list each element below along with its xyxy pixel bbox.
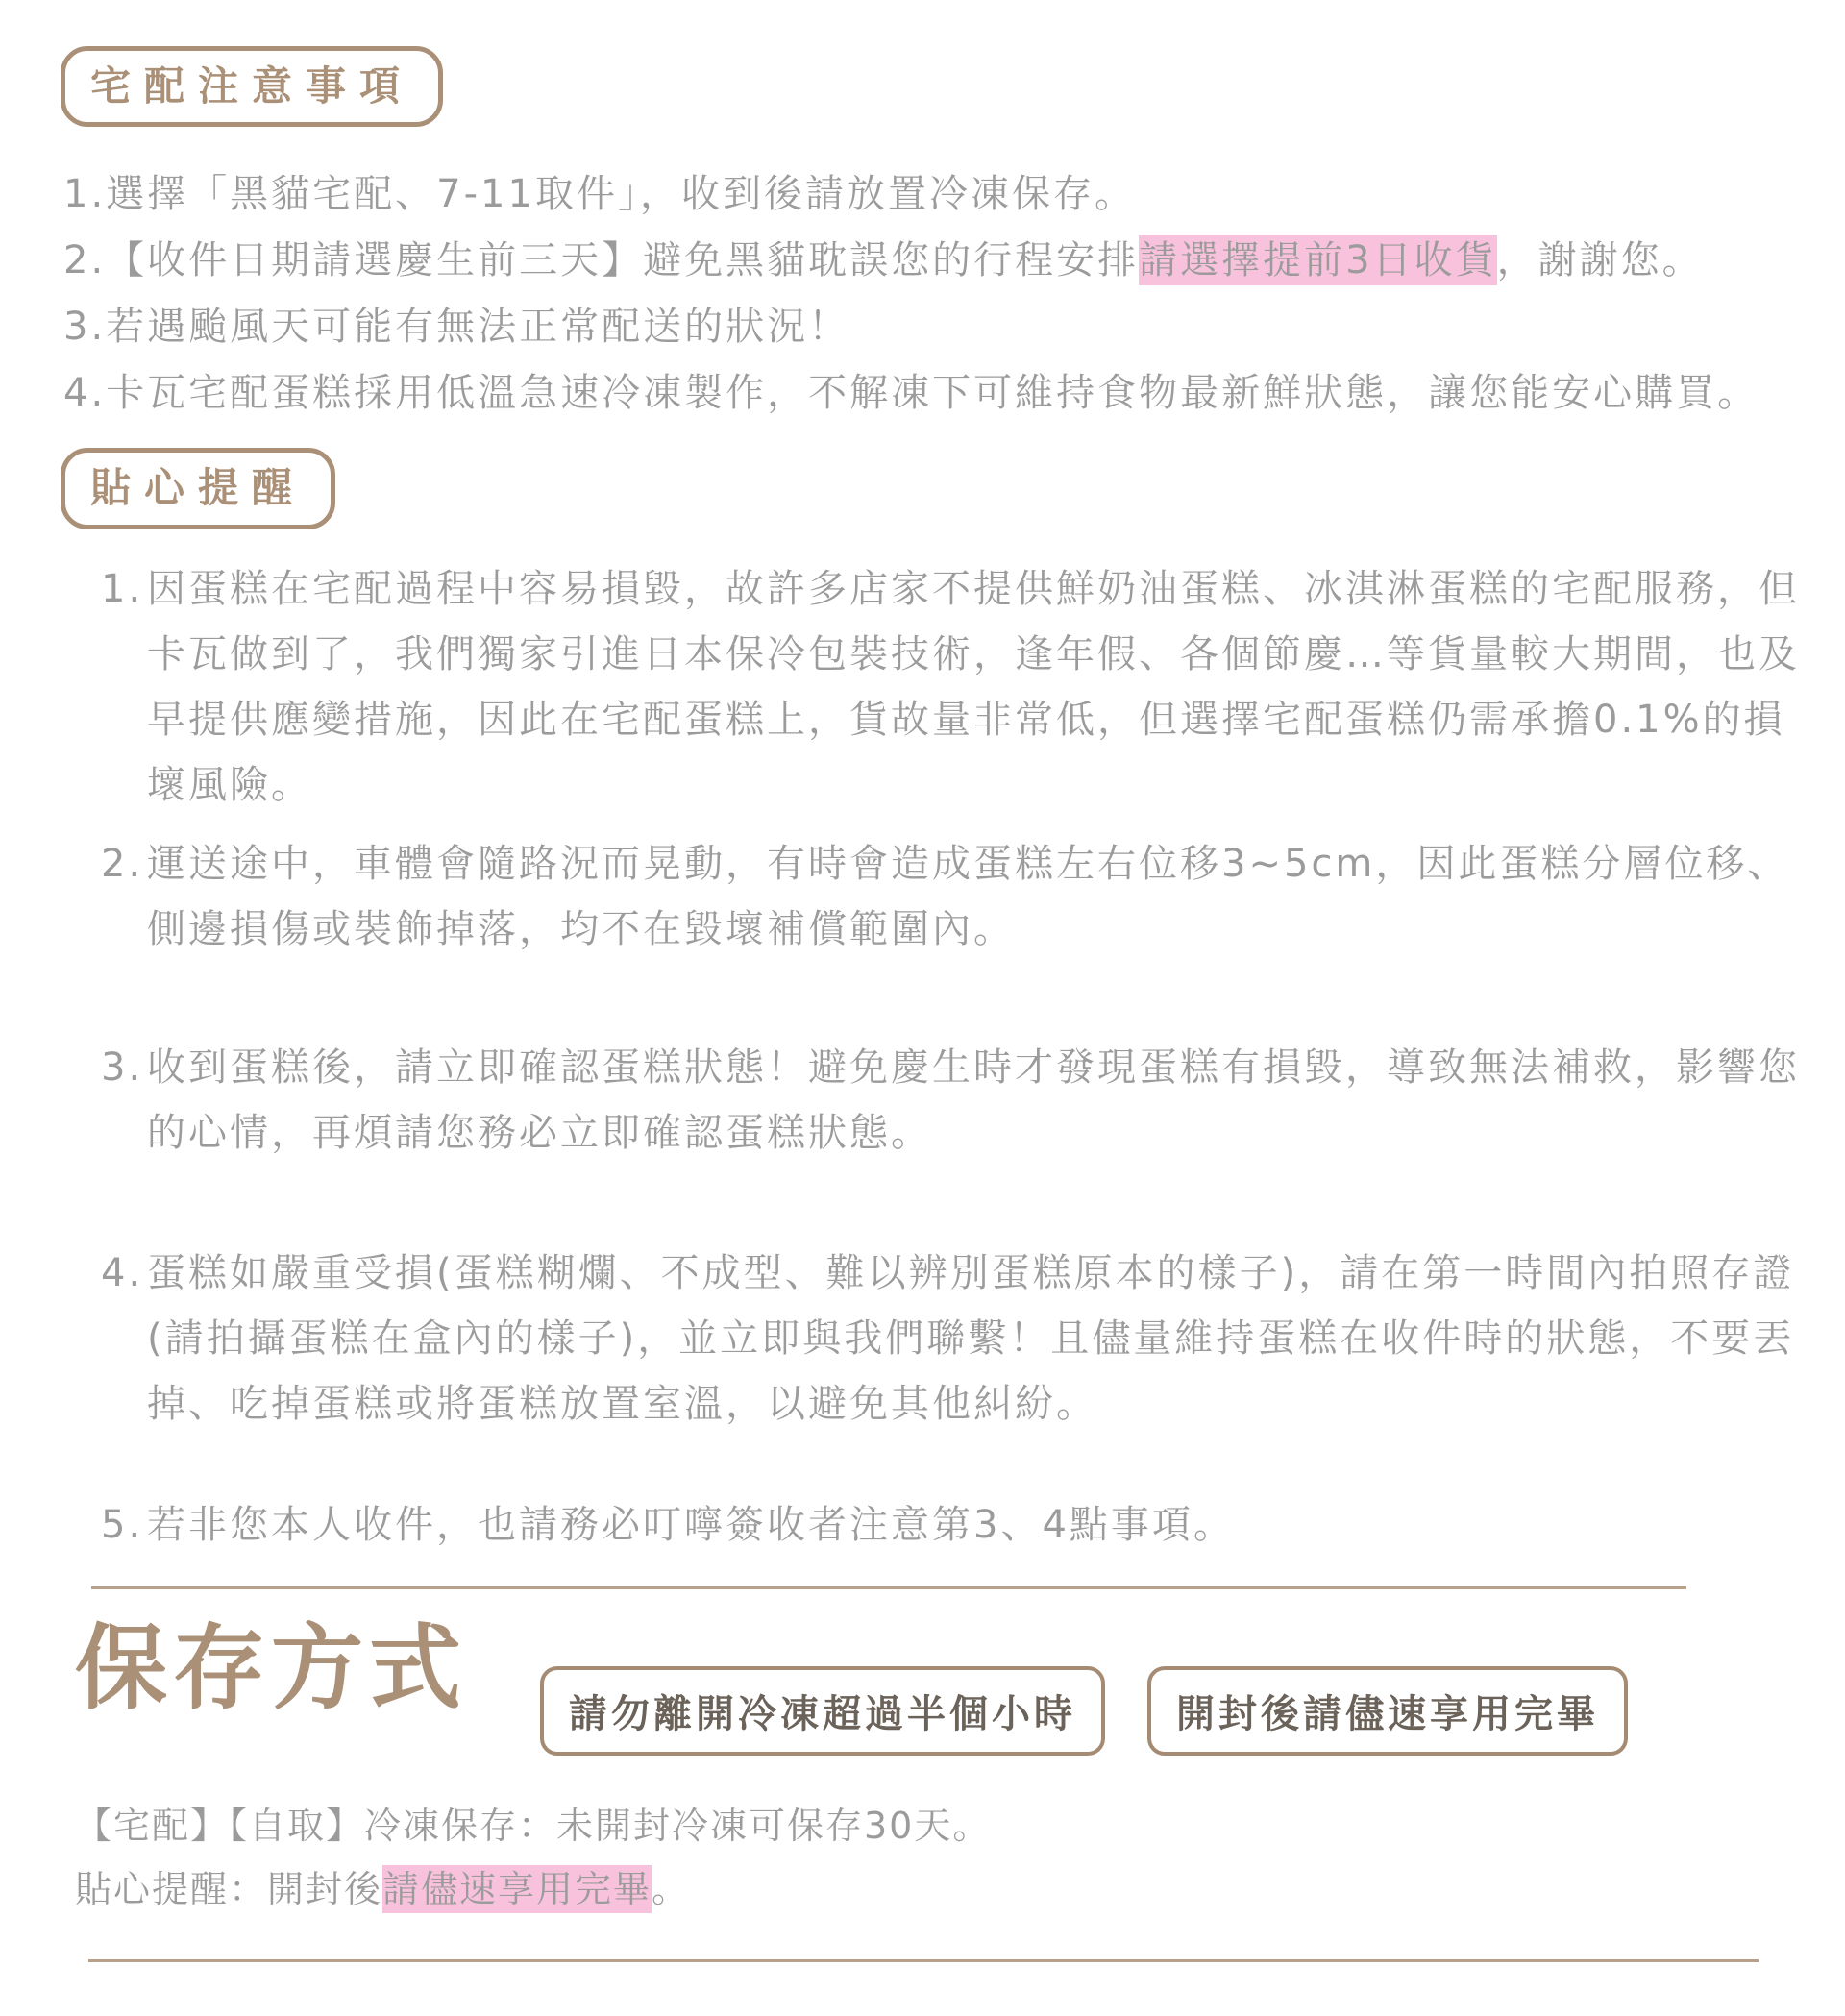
reminder-badge-label: 貼心提醒 — [90, 464, 306, 511]
item-text: 收到蛋糕後，請立即確認蛋糕狀態！避免慶生時才發現蛋糕有損毀，導致無法補救，影響您… — [147, 1035, 1809, 1166]
delivery-info-page: 宅配注意事項 1.選擇「黑貓宅配、7-11取件」，收到後請放置冷凍保存。 2.【… — [0, 0, 1845, 2016]
delivery-notes-badge-label: 宅配注意事項 — [90, 62, 413, 110]
item-text: ，謝謝您。 — [1497, 238, 1704, 283]
delivery-notes-badge: 宅配注意事項 — [61, 46, 443, 127]
list-item: 3.若遇颱風天可能有無法正常配送的狀況！ — [63, 294, 1816, 360]
storage-rule-pill: 請勿離開冷凍超過半個小時 — [540, 1666, 1105, 1756]
list-item: 1. 因蛋糕在宅配過程中容易損毀，故許多店家不提供鮮奶油蛋糕、冰淇淋蛋糕的宅配服… — [101, 556, 1845, 818]
reminder-badge: 貼心提醒 — [61, 448, 335, 529]
item-text: 1.選擇「黑貓宅配、7-11取件」，收到後請放置冷凍保存。 — [63, 172, 1136, 216]
item-text: 3.若遇颱風天可能有無法正常配送的狀況！ — [63, 305, 849, 349]
note-text: 【宅配】【自取】冷凍保存：未開封冷凍可保存30天。 — [75, 1805, 991, 1847]
list-item: 2.【收件日期請選慶生前三天】避免黑貓耽誤您的行程安排請選擇提前3日收貨，謝謝您… — [63, 228, 1816, 294]
note-text: 。 — [652, 1868, 690, 1910]
item-text: 蛋糕如嚴重受損(蛋糕糊爛、不成型、難以辨別蛋糕原本的樣子)，請在第一時間內拍照存… — [147, 1241, 1809, 1437]
list-item: 4. 蛋糕如嚴重受損(蛋糕糊爛、不成型、難以辨別蛋糕原本的樣子)，請在第一時間內… — [101, 1241, 1845, 1437]
delivery-notes-list: 1.選擇「黑貓宅配、7-11取件」，收到後請放置冷凍保存。 2.【收件日期請選慶… — [63, 161, 1816, 427]
list-item: 3. 收到蛋糕後，請立即確認蛋糕狀態！避免慶生時才發現蛋糕有損毀，導致無法補救，… — [101, 1035, 1845, 1166]
storage-section: 保存方式 請勿離開冷凍超過半個小時 開封後請儘速享用完畢 — [75, 1610, 1845, 1756]
item-number: 1. — [101, 556, 147, 622]
list-item: 1.選擇「黑貓宅配、7-11取件」，收到後請放置冷凍保存。 — [63, 161, 1816, 228]
list-item: 4.卡瓦宅配蛋糕採用低溫急速冷凍製作，不解凍下可維持食物最新鮮狀態，讓您能安心購… — [63, 360, 1816, 427]
reminder-list: 1. 因蛋糕在宅配過程中容易損毀，故許多店家不提供鮮奶油蛋糕、冰淇淋蛋糕的宅配服… — [101, 556, 1845, 1558]
item-text: 4.卡瓦宅配蛋糕採用低溫急速冷凍製作，不解凍下可維持食物最新鮮狀態，讓您能安心購… — [63, 371, 1759, 415]
storage-title: 保存方式 — [75, 1610, 467, 1726]
item-number: 4. — [101, 1241, 147, 1306]
item-text: 2.【收件日期請選慶生前三天】避免黑貓耽誤您的行程安排 — [63, 238, 1139, 283]
item-number: 2. — [101, 831, 147, 897]
storage-notes: 【宅配】【自取】冷凍保存：未開封冷凍可保存30天。 貼心提醒：開封後請儘速享用完… — [75, 1794, 1845, 1921]
section-divider — [91, 1586, 1686, 1589]
note-text: 貼心提醒：開封後 — [75, 1868, 382, 1910]
item-number: 3. — [101, 1035, 147, 1100]
item-number: 5. — [101, 1492, 147, 1558]
bottom-divider — [88, 1959, 1759, 1962]
list-item: 2. 運送途中，車體會隨路況而晃動，有時會造成蛋糕左右位移3~5cm，因此蛋糕分… — [101, 831, 1845, 962]
item-text: 若非您本人收件，也請務必叮嚀簽收者注意第3、4點事項。 — [147, 1492, 1809, 1558]
storage-rule-pill: 開封後請儘速享用完畢 — [1147, 1666, 1628, 1756]
item-text: 因蛋糕在宅配過程中容易損毀，故許多店家不提供鮮奶油蛋糕、冰淇淋蛋糕的宅配服務，但… — [147, 556, 1809, 818]
item-text: 運送途中，車體會隨路況而晃動，有時會造成蛋糕左右位移3~5cm，因此蛋糕分層位移… — [147, 831, 1809, 962]
storage-note: 【宅配】【自取】冷凍保存：未開封冷凍可保存30天。 — [75, 1794, 1845, 1857]
highlighted-text: 請儘速享用完畢 — [382, 1865, 652, 1913]
storage-rule-label: 請勿離開冷凍超過半個小時 — [569, 1692, 1076, 1736]
storage-rule-label: 開封後請儘速享用完畢 — [1176, 1692, 1599, 1736]
storage-note: 貼心提醒：開封後請儘速享用完畢。 — [75, 1857, 1845, 1921]
highlighted-text: 請選擇提前3日收貨 — [1139, 235, 1496, 285]
list-item: 5. 若非您本人收件，也請務必叮嚀簽收者注意第3、4點事項。 — [101, 1492, 1845, 1558]
